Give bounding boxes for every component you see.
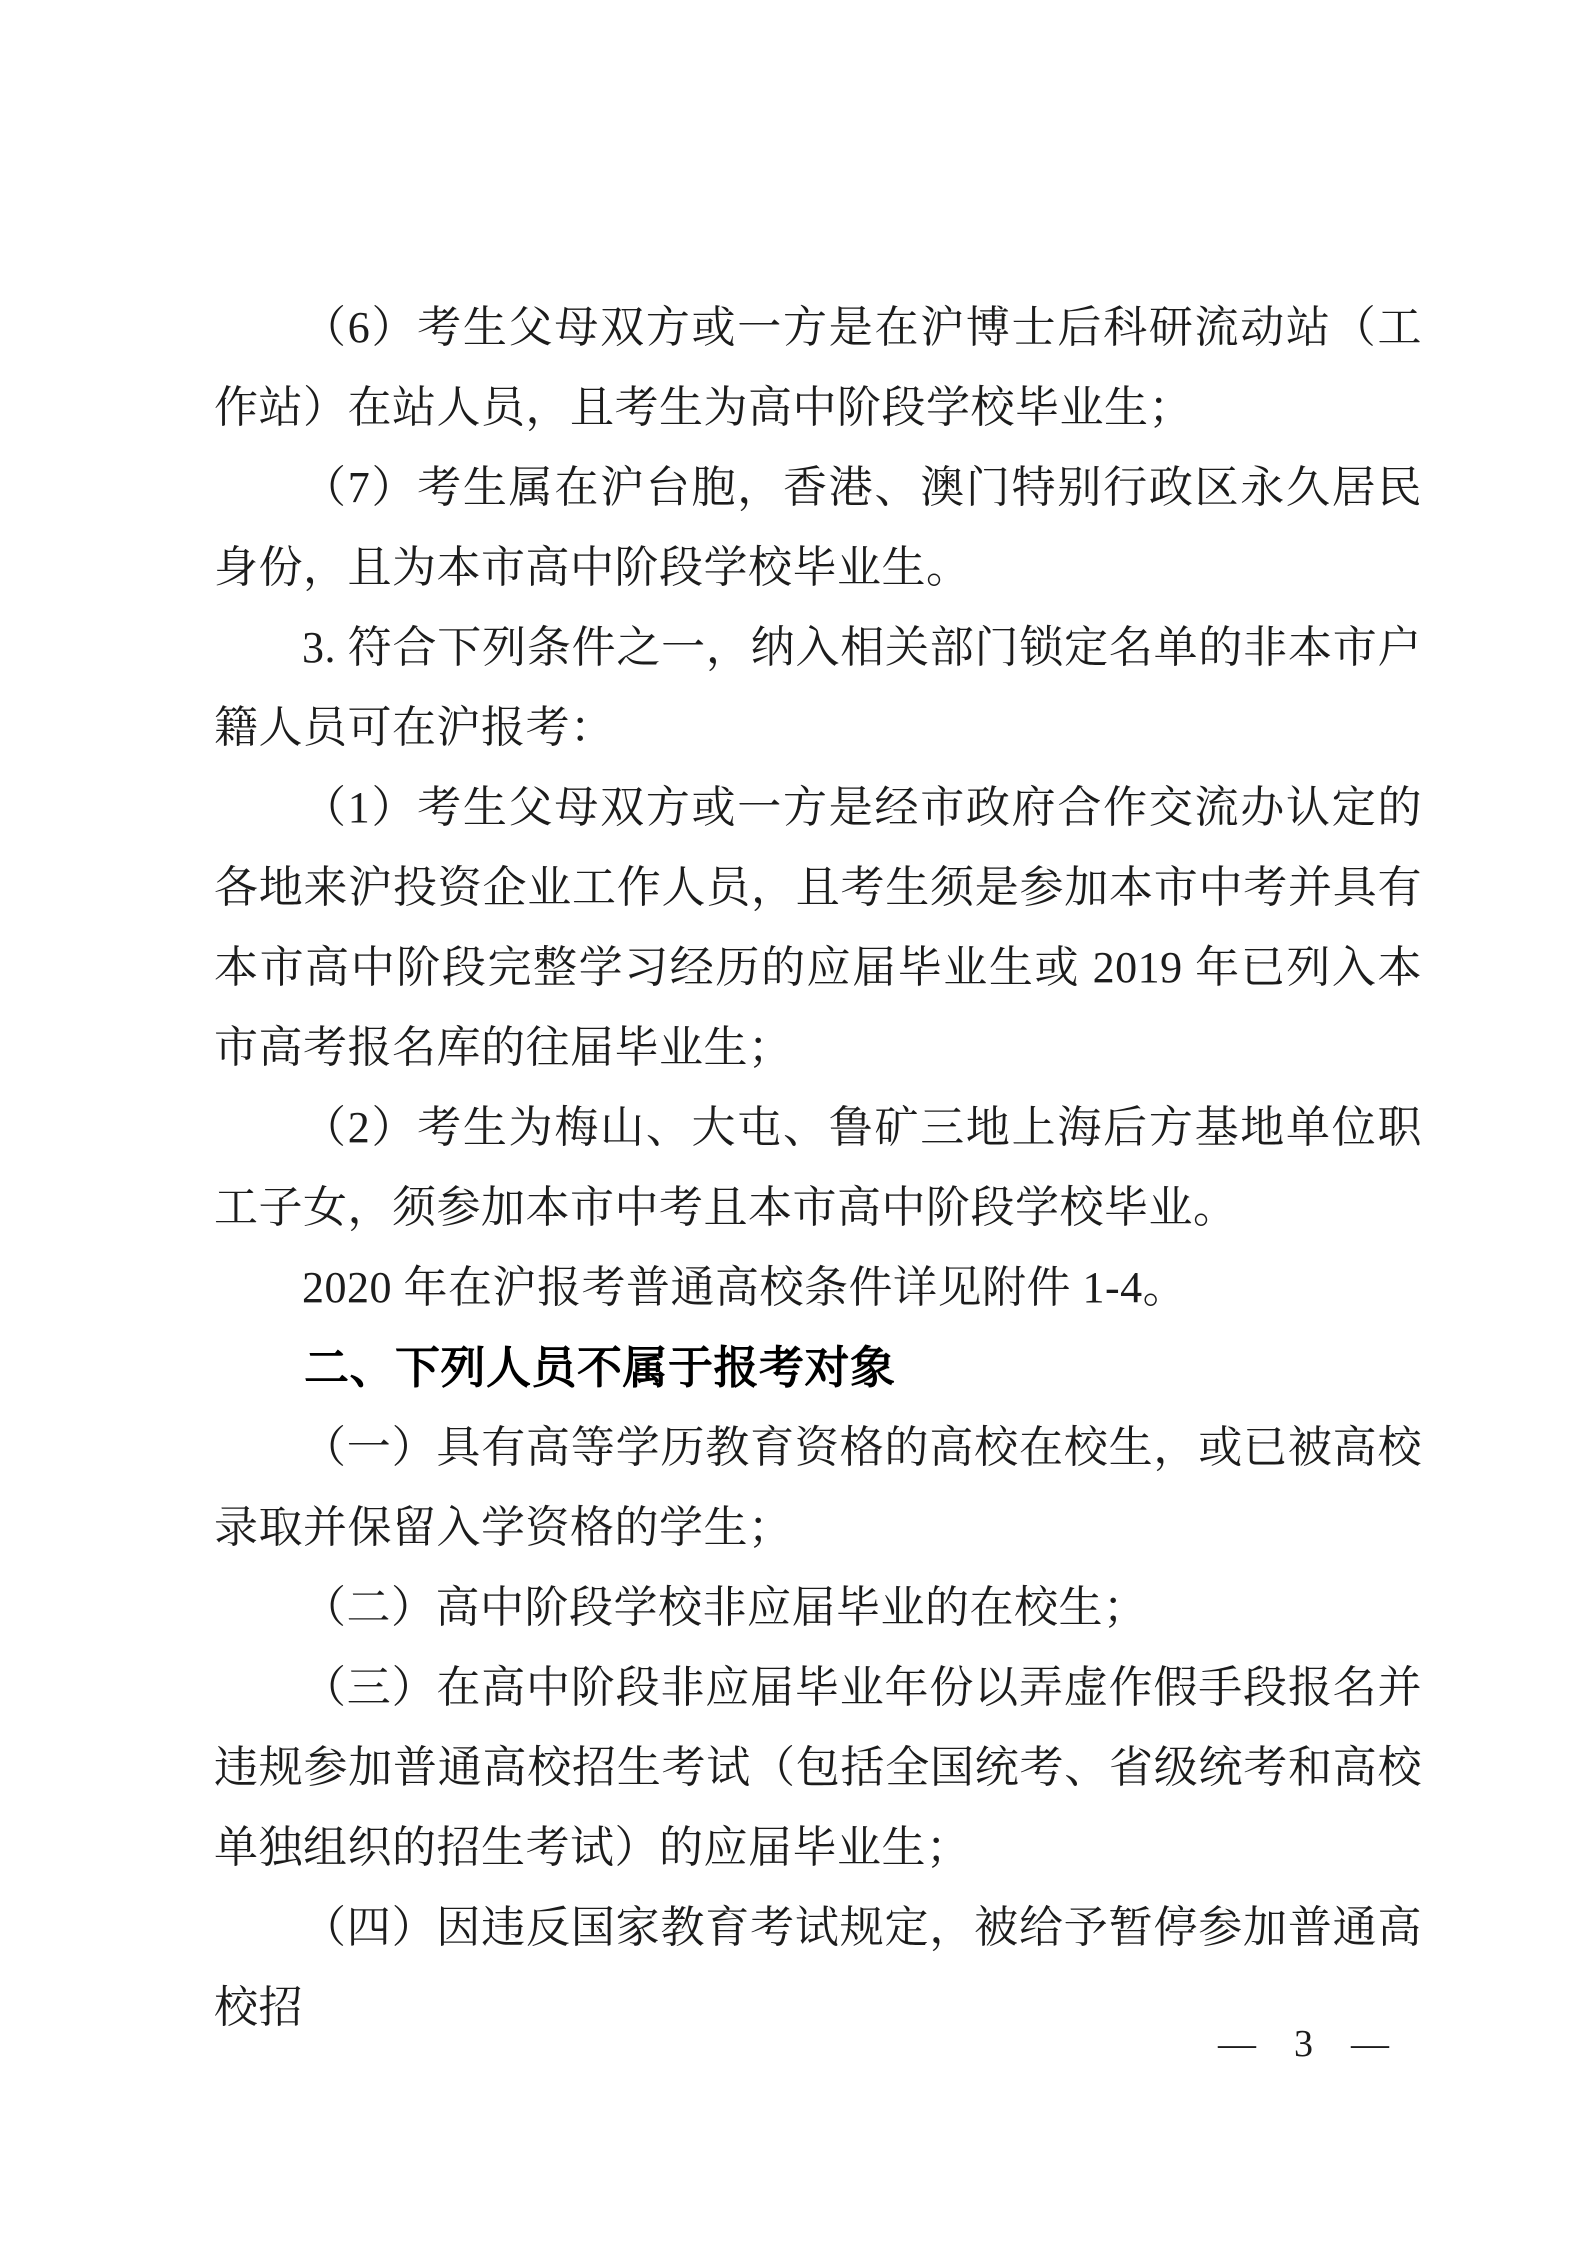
paragraph-item-ii-2: （二）高中阶段学校非应届毕业的在校生； <box>214 1568 1422 1648</box>
footer-dash-right: — <box>1351 2022 1389 2066</box>
page-number: 3 <box>1294 2022 1313 2066</box>
page-footer: — 3 — <box>1218 2022 1389 2066</box>
document-page: （6）考生父母双方或一方是在沪博士后科研流动站（工作站）在站人员，且考生为高中阶… <box>0 0 1587 2245</box>
document-body: （6）考生父母双方或一方是在沪博士后科研流动站（工作站）在站人员，且考生为高中阶… <box>214 288 1422 2048</box>
paragraph-item-7: （7）考生属在沪台胞，香港、澳门特别行政区永久居民身份，且为本市高中阶段学校毕业… <box>214 448 1422 608</box>
paragraph-item-ii-1: （一）具有高等学历教育资格的高校在校生，或已被高校录取并保留入学资格的学生； <box>214 1408 1422 1568</box>
section-heading-2: 二、下列人员不属于报考对象 <box>214 1328 1422 1408</box>
paragraph-clause-3: 3. 符合下列条件之一，纳入相关部门锁定名单的非本市户籍人员可在沪报考： <box>214 608 1422 768</box>
paragraph-attachment-note: 2020 年在沪报考普通高校条件详见附件 1-4。 <box>214 1248 1422 1328</box>
paragraph-item-ii-3: （三）在高中阶段非应届毕业年份以弄虚作假手段报名并违规参加普通高校招生考试（包括… <box>214 1648 1422 1888</box>
paragraph-clause-3-2: （2）考生为梅山、大屯、鲁矿三地上海后方基地单位职工子女，须参加本市中考且本市高… <box>214 1088 1422 1248</box>
paragraph-clause-3-1: （1）考生父母双方或一方是经市政府合作交流办认定的各地来沪投资企业工作人员，且考… <box>214 768 1422 1088</box>
footer-dash-left: — <box>1218 2022 1256 2066</box>
paragraph-item-6: （6）考生父母双方或一方是在沪博士后科研流动站（工作站）在站人员，且考生为高中阶… <box>214 288 1422 448</box>
